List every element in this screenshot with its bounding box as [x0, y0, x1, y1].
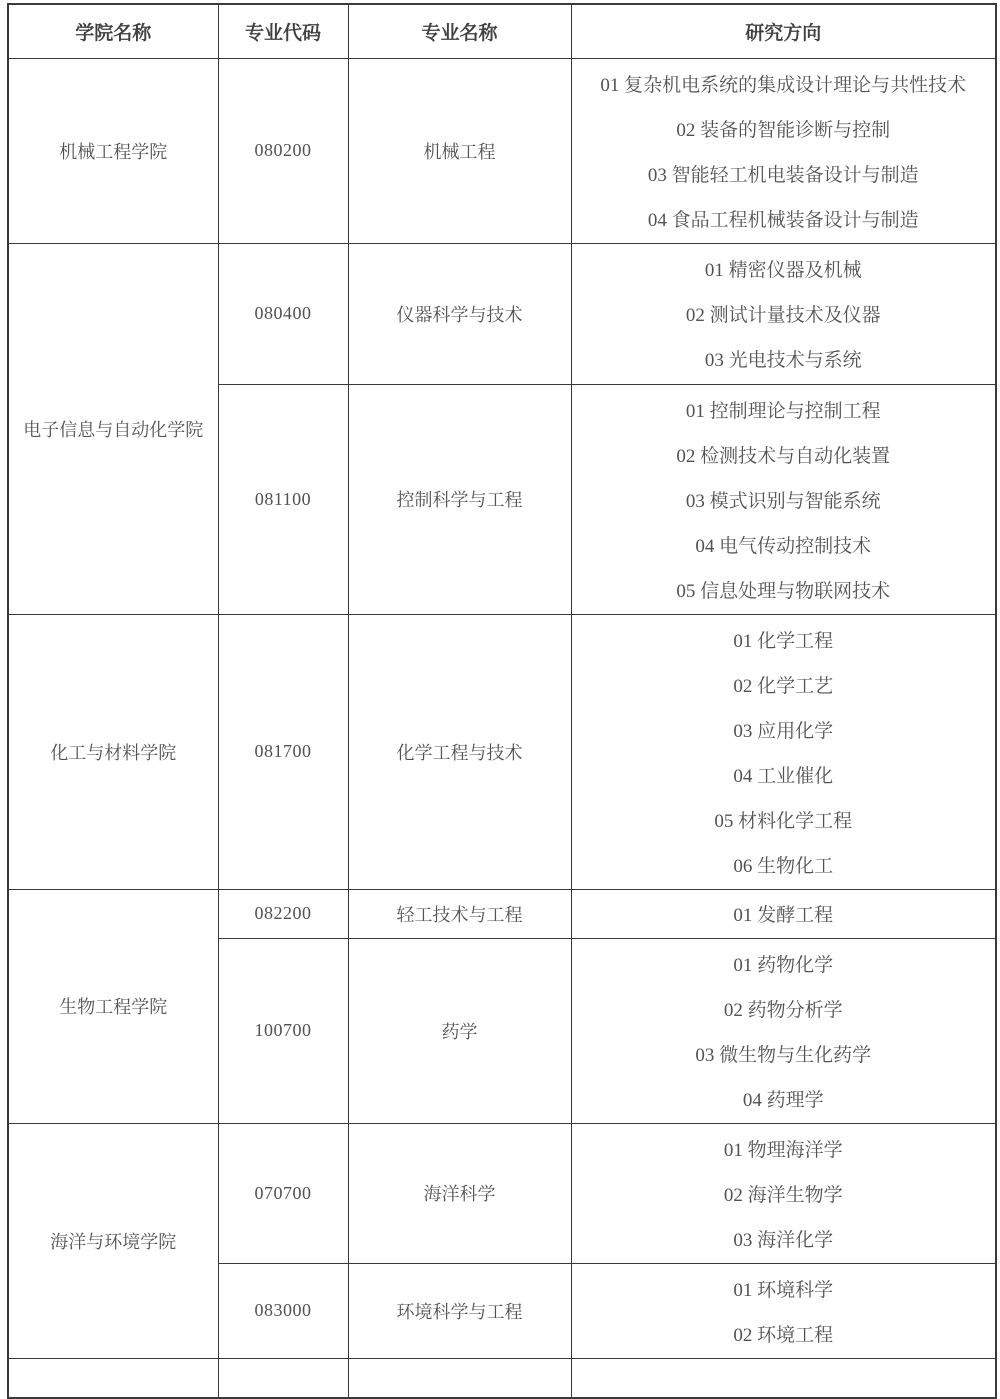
research-directions-cell: 01 复杂机电系统的集成设计理论与共性技术 02 装备的智能诊断与控制 03 智… [571, 58, 996, 243]
research-direction-item: 03 光电技术与系统 [572, 336, 996, 381]
research-direction-item: 02 海洋生物学 [572, 1171, 996, 1216]
column-header-major-code: 专业代码 [218, 4, 348, 58]
table-row: 机械工程学院 080200 机械工程 01 复杂机电系统的集成设计理论与共性技术… [8, 58, 996, 243]
research-directions-list: 01 环境科学 02 环境工程 [572, 1266, 996, 1342]
research-directions-list: 01 控制理论与控制工程 02 检测技术与自动化装置 03 模式识别与智能系统 … [572, 387, 996, 612]
college-cell: 生物工程学院 [8, 889, 218, 1123]
research-directions-list: 01 物理海洋学 02 海洋生物学 03 海洋化学 [572, 1126, 996, 1261]
research-direction-item: 04 工业催化 [572, 752, 996, 797]
research-direction-item: 06 生物化工 [572, 842, 996, 887]
research-directions-cell: 01 物理海洋学 02 海洋生物学 03 海洋化学 [571, 1123, 996, 1263]
table-row: 电子信息与自动化学院 080400 仪器科学与技术 01 精密仪器及机械 02 … [8, 243, 996, 384]
research-direction-item: 01 发酵工程 [572, 892, 996, 936]
column-header-major-name: 专业名称 [348, 4, 571, 58]
research-direction-item: 02 环境工程 [572, 1311, 996, 1342]
major-name-cell: 仪器科学与技术 [348, 243, 571, 384]
research-direction-item: 01 化学工程 [572, 617, 996, 662]
college-cell: 机械工程学院 [8, 58, 218, 243]
research-direction-item: 01 控制理论与控制工程 [572, 387, 996, 432]
research-directions-list: 01 化学工程 02 化学工艺 03 应用化学 04 工业催化 05 材料化学工… [572, 617, 996, 887]
research-directions-cell: 01 药物化学 02 药物分析学 03 微生物与生化药学 04 药理学 [571, 938, 996, 1123]
research-direction-item: 01 环境科学 [572, 1266, 996, 1311]
column-header-research-directions: 研究方向 [571, 4, 996, 58]
research-direction-item: 04 食品工程机械装备设计与制造 [572, 196, 996, 241]
research-directions-cell: 01 环境科学 02 环境工程 [571, 1263, 996, 1341]
research-direction-item: 05 材料化学工程 [572, 797, 996, 842]
major-code-cell: 081100 [218, 384, 348, 614]
research-direction-item: 05 信息处理与物联网技术 [572, 567, 996, 612]
research-direction-item: 04 药理学 [572, 1076, 996, 1121]
major-code-cell: 081700 [218, 614, 348, 889]
research-directions-list: 01 精密仪器及机械 02 测试计量技术及仪器 03 光电技术与系统 [572, 246, 996, 381]
research-directions-cell: 01 控制理论与控制工程 02 检测技术与自动化装置 03 模式识别与智能系统 … [571, 384, 996, 614]
research-direction-item: 02 药物分析学 [572, 986, 996, 1031]
research-direction-item: 02 测试计量技术及仪器 [572, 291, 996, 336]
major-name-cell: 机械工程 [348, 58, 571, 243]
research-direction-item: 03 模式识别与智能系统 [572, 477, 996, 522]
header-row: 学院名称 专业代码 专业名称 研究方向 [8, 4, 996, 58]
research-direction-item: 01 复杂机电系统的集成设计理论与共性技术 [572, 61, 996, 106]
majors-table: 学院名称 专业代码 专业名称 研究方向 机械工程学院 080200 机械工程 0… [7, 3, 997, 1341]
research-direction-item: 03 应用化学 [572, 707, 996, 752]
table-row: 化工与材料学院 081700 化学工程与技术 01 化学工程 02 化学工艺 0… [8, 614, 996, 889]
research-direction-item: 02 装备的智能诊断与控制 [572, 106, 996, 151]
research-directions-cell: 01 化学工程 02 化学工艺 03 应用化学 04 工业催化 05 材料化学工… [571, 614, 996, 889]
research-directions-cell: 01 精密仪器及机械 02 测试计量技术及仪器 03 光电技术与系统 [571, 243, 996, 384]
college-cell: 化工与材料学院 [8, 614, 218, 889]
college-cell: 电子信息与自动化学院 [8, 243, 218, 614]
research-direction-item: 01 药物化学 [572, 941, 996, 986]
research-directions-list: 01 发酵工程 [572, 892, 996, 936]
column-header-college: 学院名称 [8, 4, 218, 58]
major-code-cell: 100700 [218, 938, 348, 1123]
major-code-cell: 082200 [218, 889, 348, 938]
table-row: 海洋与环境学院 070700 海洋科学 01 物理海洋学 02 海洋生物学 03… [8, 1123, 996, 1263]
table-row: 生物工程学院 082200 轻工技术与工程 01 发酵工程 [8, 889, 996, 938]
research-directions-list: 01 复杂机电系统的集成设计理论与共性技术 02 装备的智能诊断与控制 03 智… [572, 61, 996, 241]
major-code-cell: 080200 [218, 58, 348, 243]
major-name-cell: 轻工技术与工程 [348, 889, 571, 938]
research-direction-item: 03 海洋化学 [572, 1216, 996, 1261]
major-name-cell: 药学 [348, 938, 571, 1123]
research-direction-item: 02 检测技术与自动化装置 [572, 432, 996, 477]
research-direction-item: 04 电气传动控制技术 [572, 522, 996, 567]
major-code-cell: 080400 [218, 243, 348, 384]
research-direction-item: 01 物理海洋学 [572, 1126, 996, 1171]
college-cell: 海洋与环境学院 [8, 1123, 218, 1341]
major-name-cell: 海洋科学 [348, 1123, 571, 1263]
research-direction-item: 01 精密仪器及机械 [572, 246, 996, 291]
research-direction-item: 02 化学工艺 [572, 662, 996, 707]
major-code-cell: 083000 [218, 1263, 348, 1341]
research-directions-cell: 01 发酵工程 [571, 889, 996, 938]
research-directions-list: 01 药物化学 02 药物分析学 03 微生物与生化药学 04 药理学 [572, 941, 996, 1121]
research-direction-item: 03 微生物与生化药学 [572, 1031, 996, 1076]
major-name-cell: 环境科学与工程 [348, 1263, 571, 1341]
major-name-cell: 化学工程与技术 [348, 614, 571, 889]
research-direction-item: 03 智能轻工机电装备设计与制造 [572, 151, 996, 196]
major-code-cell: 070700 [218, 1123, 348, 1263]
major-name-cell: 控制科学与工程 [348, 384, 571, 614]
